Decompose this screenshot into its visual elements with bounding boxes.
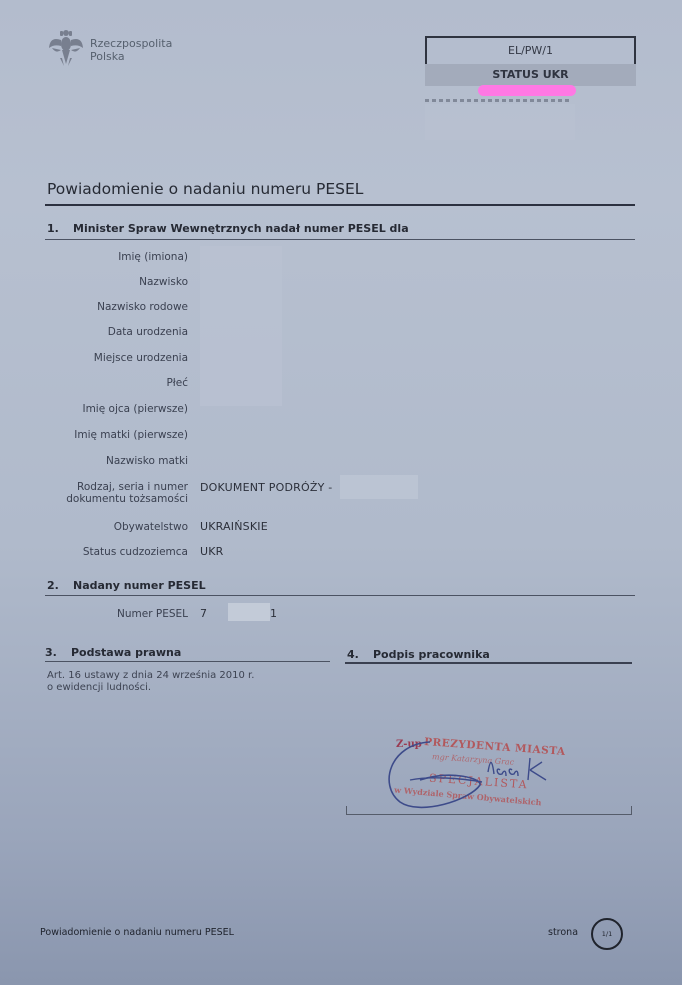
pesel-number-suffix: 1: [270, 607, 277, 620]
section-4-heading: 4.Podpis pracownika: [347, 648, 490, 661]
redaction-mark: [478, 85, 576, 96]
field-label-foreigner-status: Status cudzoziemca: [83, 546, 188, 558]
field-label-id-document-line2: dokumentu tożsamości: [66, 493, 188, 505]
redacted-document-number: [340, 475, 418, 499]
field-label-surname: Nazwisko: [139, 276, 188, 288]
field-label-first-names: Imię (imiona): [118, 251, 188, 263]
title-divider: [45, 204, 635, 206]
legal-basis-line2: o ewidencji ludności.: [47, 682, 254, 694]
pesel-number-prefix: 7: [200, 607, 207, 620]
section-2-title: Nadany numer PESEL: [73, 579, 206, 592]
field-value-id-document: DOKUMENT PODRÓŻY -: [200, 481, 332, 494]
section-1-number: 1.: [47, 222, 73, 235]
section-4-divider: [345, 662, 632, 664]
section-1-heading: 1.Minister Spraw Wewnętrznych nadał nume…: [47, 222, 409, 235]
section-3-heading: 3.Podstawa prawna: [45, 646, 181, 659]
field-label-family-name: Nazwisko rodowe: [97, 301, 188, 313]
status-band: STATUS UKR: [425, 64, 636, 86]
field-label-citizenship: Obywatelstwo: [114, 521, 188, 533]
section-4-number: 4.: [347, 648, 373, 661]
footer-page-label: strona: [548, 927, 578, 938]
page-number-badge: 1/1: [591, 918, 623, 950]
field-label-sex: Płeć: [166, 377, 188, 389]
redacted-text-line: [425, 99, 570, 102]
document-page: Rzeczpospolita Polska EL/PW/1 STATUS UKR…: [0, 0, 682, 985]
legal-basis-text: Art. 16 ustawy z dnia 24 września 2010 r…: [47, 670, 254, 694]
legal-basis-line1: Art. 16 ustawy z dnia 24 września 2010 r…: [47, 670, 254, 682]
section-1-divider: [45, 239, 635, 240]
section-4-title: Podpis pracownika: [373, 648, 490, 661]
section-3-number: 3.: [45, 646, 71, 659]
field-label-birth-date: Data urodzenia: [108, 326, 188, 338]
redacted-personal-data: [200, 246, 282, 406]
section-3-divider: [45, 661, 330, 662]
field-label-mother-name: Imię matki (pierwsze): [74, 429, 188, 441]
issuer-line2: Polska: [90, 50, 172, 63]
issuer-line1: Rzeczpospolita: [90, 37, 172, 50]
section-2-number: 2.: [47, 579, 73, 592]
field-label-birth-place: Miejsce urodzenia: [94, 352, 188, 364]
redaction-block: [425, 104, 575, 140]
section-3-title: Podstawa prawna: [71, 646, 181, 659]
field-label-id-document: Rodzaj, seria i numer dokumentu tożsamoś…: [66, 481, 188, 505]
document-title: Powiadomienie o nadaniu numeru PESEL: [47, 180, 363, 198]
field-label-pesel: Numer PESEL: [117, 608, 188, 620]
signature-line: [346, 806, 632, 815]
reference-code-box: EL/PW/1: [425, 36, 636, 66]
field-label-id-document-line1: Rodzaj, seria i numer: [66, 481, 188, 493]
issuer-name: Rzeczpospolita Polska: [90, 37, 172, 63]
field-value-citizenship: UKRAIŃSKIE: [200, 520, 268, 533]
polish-eagle-emblem-icon: [48, 28, 84, 68]
redacted-pesel-digits: [228, 603, 270, 621]
footer-title: Powiadomienie o nadaniu numeru PESEL: [40, 927, 234, 938]
section-1-title: Minister Spraw Wewnętrznych nadał numer …: [73, 222, 409, 235]
section-2-divider: [45, 595, 635, 596]
section-2-heading: 2.Nadany numer PESEL: [47, 579, 206, 592]
field-label-mother-surname: Nazwisko matki: [106, 455, 188, 467]
field-value-foreigner-status: UKR: [200, 545, 224, 558]
field-label-father-name: Imię ojca (pierwsze): [82, 403, 188, 415]
